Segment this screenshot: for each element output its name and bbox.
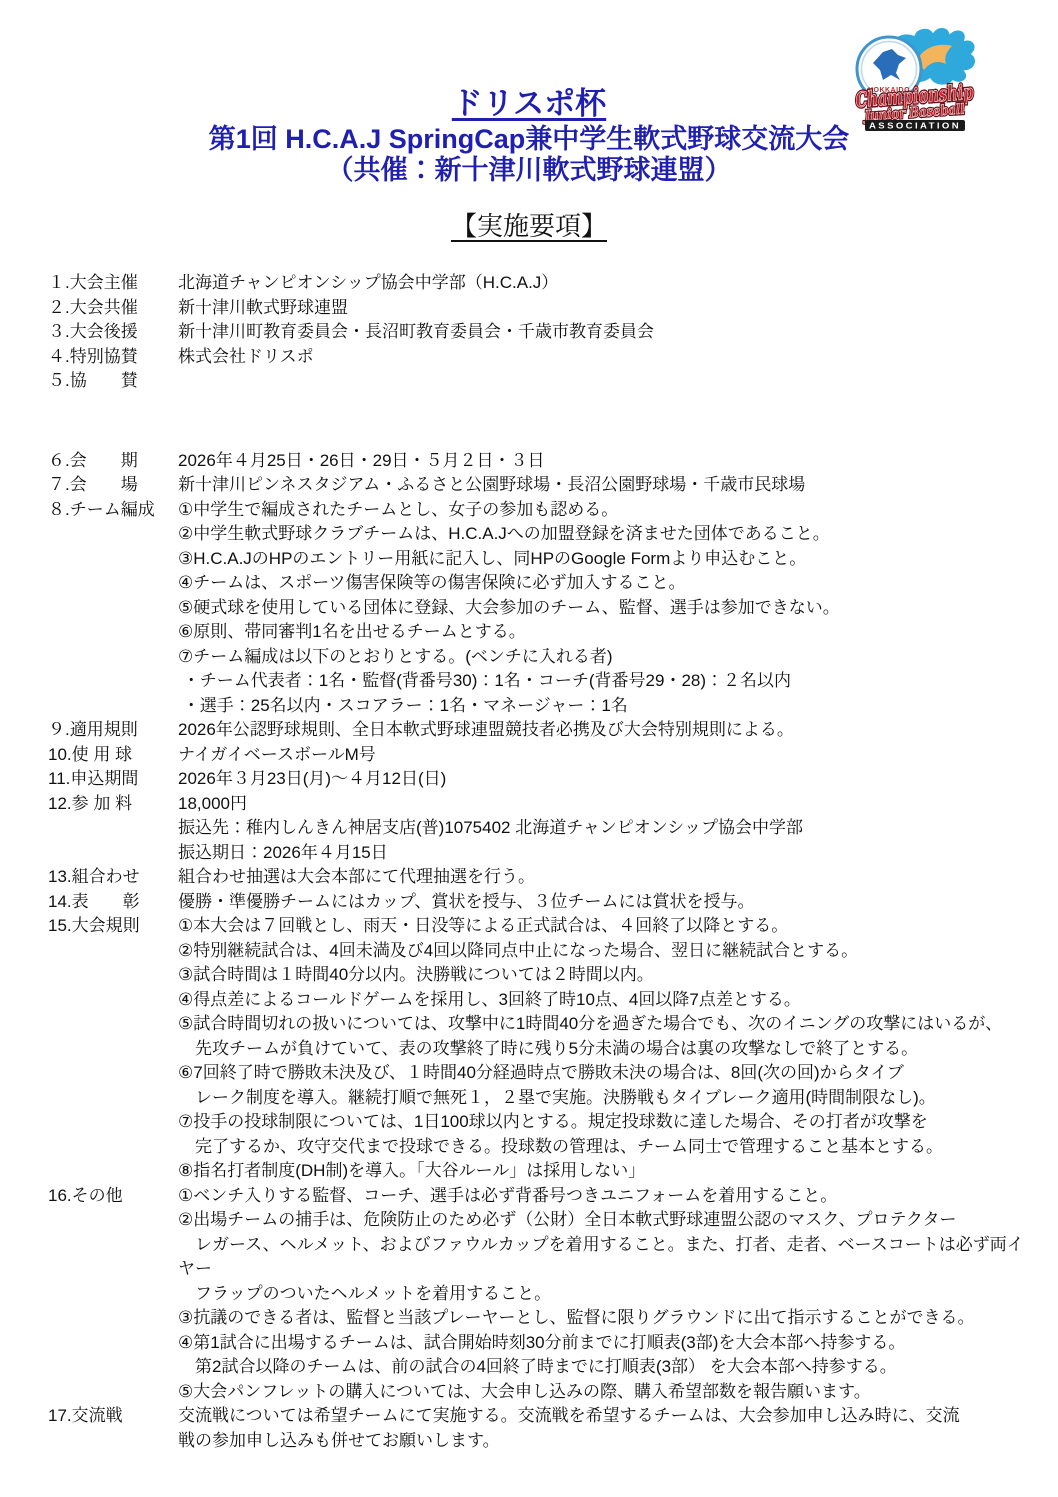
cohost-line: （共催：新十津川軟式野球連盟） bbox=[0, 155, 1058, 185]
requirement-item: ４.特別協賛株式会社ドリスポ bbox=[48, 345, 1040, 370]
item-label: 17.交流戦 bbox=[48, 1404, 178, 1453]
item-line: ⑥7回終了時で勝敗未決及び、１時間40分経過時点で勝敗未決の場合は、8回(次の回… bbox=[178, 1061, 1040, 1086]
item-line: 新十津川ピンネスタジアム・ふるさと公園野球場・長沼公園野球場・千歳市民球場 bbox=[178, 473, 1040, 498]
item-line: ④得点差によるコールドゲームを採用し、3回終了時10点、4回以降7点差とする。 bbox=[178, 988, 1040, 1013]
item-label: 12.参 加 料 bbox=[48, 792, 178, 866]
item-line: 株式会社ドリスポ bbox=[178, 345, 1040, 370]
item-label: 13.組合わせ bbox=[48, 865, 178, 890]
item-line: ①本大会は７回戦とし、雨天・日没等による正式試合は、４回終了以降とする。 bbox=[178, 914, 1040, 939]
item-line: ⑦チーム編成は以下のとおりとする。(ベンチに入れる者) bbox=[178, 645, 1040, 670]
item-content: 2026年公認野球規則、全日本軟式野球連盟競技者必携及び大会特別規則による。 bbox=[178, 718, 1040, 743]
item-line: ・選手：25名以内・スコアラー：1名・マネージャー：1名 bbox=[178, 694, 1040, 719]
item-line: ①中学生で編成されたチームとし、女子の参加も認める。 bbox=[178, 498, 1040, 523]
item-line: 新十津川町教育委員会・長沼町教育委員会・千歳市教育委員会 bbox=[178, 320, 1040, 345]
item-line: ①ベンチ入りする監督、コーチ、選手は必ず背番号つきユニフォームを着用すること。 bbox=[178, 1184, 1040, 1209]
item-label: ３.大会後援 bbox=[48, 320, 178, 345]
requirement-item: 17.交流戦交流戦については希望チームにて実施する。交流戦を希望するチームは、大… bbox=[48, 1404, 1040, 1453]
item-line: ⑧指名打者制度(DH制)を導入。「大谷ルール」は採用しない」 bbox=[178, 1159, 1040, 1184]
requirement-item: １.大会主催北海道チャンピオンシップ協会中学部（H.C.A.J） bbox=[48, 271, 1040, 296]
item-line: ・チーム代表者：1名・監督(背番号30)：1名・コーチ(背番号29・28)：２名… bbox=[178, 669, 1040, 694]
item-label: 16.その他 bbox=[48, 1184, 178, 1405]
item-line: ③H.C.A.JのHPのエントリー用紙に記入し、同HPのGoogle Formよ… bbox=[178, 547, 1040, 572]
item-line: 振込期日：2026年４月15日 bbox=[178, 841, 1040, 866]
requirement-item: 13.組合わせ組合わせ抽選は大会本部にて代理抽選を行う。 bbox=[48, 865, 1040, 890]
requirement-item: 12.参 加 料18,000円振込先：稚内しんきん神居支店(普)1075402 … bbox=[48, 792, 1040, 866]
item-line: ③抗議のできる者は、監督と当該プレーヤーとし、監督に限りグラウンドに出て指示する… bbox=[178, 1306, 1040, 1331]
association-logo-graphic: HOKKAIDO Championship Championship Junio… bbox=[852, 24, 979, 131]
item-line: ⑥原則、帯同審判1名を出せるチームとする。 bbox=[178, 620, 1040, 645]
item-line: 2026年公認野球規則、全日本軟式野球連盟競技者必携及び大会特別規則による。 bbox=[178, 718, 1040, 743]
item-line: 戦の参加申し込みも併せてお願いします。 bbox=[178, 1429, 1040, 1454]
requirement-item: ６.会 期2026年４月25日・26日・29日・５月２日・３日 bbox=[48, 449, 1040, 474]
item-content: 新十津川ピンネスタジアム・ふるさと公園野球場・長沼公園野球場・千歳市民球場 bbox=[178, 473, 1040, 498]
item-line: ⑤大会パンフレットの購入については、大会申し込みの際、購入希望部数を報告願います… bbox=[178, 1380, 1040, 1405]
item-label: ６.会 期 bbox=[48, 449, 178, 474]
item-label: 10.使 用 球 bbox=[48, 743, 178, 768]
section-heading-text: 【実施要項】 bbox=[451, 211, 607, 241]
item-line: 新十津川軟式野球連盟 bbox=[178, 296, 1040, 321]
item-label: ９.適用規則 bbox=[48, 718, 178, 743]
item-line: ④チームは、スポーツ傷害保険等の傷害保険に必ず加入すること。 bbox=[178, 571, 1040, 596]
requirement-item: 16.その他①ベンチ入りする監督、コーチ、選手は必ず背番号つきユニフォームを着用… bbox=[48, 1184, 1040, 1405]
requirement-item: 15.大会規則①本大会は７回戦とし、雨天・日没等による正式試合は、４回終了以降と… bbox=[48, 914, 1040, 1184]
item-label: 14.表 彰 bbox=[48, 890, 178, 915]
item-line: レーク制度を導入。継続打順で無死１，２塁で実施。決勝戦もタイブレーク適用(時間制… bbox=[178, 1086, 1040, 1111]
item-content: 18,000円振込先：稚内しんきん神居支店(普)1075402 北海道チャンピオ… bbox=[178, 792, 1040, 866]
requirement-item: ２.大会共催新十津川軟式野球連盟 bbox=[48, 296, 1040, 321]
document-page: HOKKAIDO Championship Championship Junio… bbox=[0, 0, 1058, 1497]
item-line: ナイガイベースボールM号 bbox=[178, 743, 1040, 768]
item-line: レガース、ヘルメット、およびファウルカップを着用すること。また、打者、走者、ベー… bbox=[178, 1233, 1040, 1282]
item-line: ②中学生軟式野球クラブチームは、H.C.A.Jへの加盟登録を済ませた団体であるこ… bbox=[178, 522, 1040, 547]
requirement-item: ９.適用規則2026年公認野球規則、全日本軟式野球連盟競技者必携及び大会特別規則… bbox=[48, 718, 1040, 743]
item-content: 北海道チャンピオンシップ協会中学部（H.C.A.J） bbox=[178, 271, 1040, 296]
item-content: 新十津川軟式野球連盟 bbox=[178, 296, 1040, 321]
item-line: ⑦投手の投球制限については、1日100球以内とする。規定投球数に達した場合、その… bbox=[178, 1110, 1040, 1135]
item-content: ①ベンチ入りする監督、コーチ、選手は必ず背番号つきユニフォームを着用すること。②… bbox=[178, 1184, 1040, 1405]
logo-association-text: ASSOCIATION bbox=[869, 122, 961, 131]
item-label: ８.チーム編成 bbox=[48, 498, 178, 719]
item-content: 優勝・準優勝チームにはカップ、賞状を授与、３位チームには賞状を授与。 bbox=[178, 890, 1040, 915]
association-logo: HOKKAIDO Championship Championship Junio… bbox=[852, 24, 979, 131]
item-line bbox=[178, 369, 1040, 394]
item-content: ①中学生で編成されたチームとし、女子の参加も認める。②中学生軟式野球クラブチーム… bbox=[178, 498, 1040, 719]
item-label: １.大会主催 bbox=[48, 271, 178, 296]
item-label: ５.協 賛 bbox=[48, 369, 178, 394]
requirement-item: 10.使 用 球ナイガイベースボールM号 bbox=[48, 743, 1040, 768]
item-line: 組合わせ抽選は大会本部にて代理抽選を行う。 bbox=[178, 865, 1040, 890]
item-line: 先攻チームが負けていて、表の攻撃終了時に残り5分未満の場合は裏の攻撃なしで終了と… bbox=[178, 1037, 1040, 1062]
item-label: ４.特別協賛 bbox=[48, 345, 178, 370]
item-line: ③試合時間は１時間40分以内。決勝戦については２時間以内。 bbox=[178, 963, 1040, 988]
tournament-title-text: ドリスポ杯 bbox=[452, 86, 606, 121]
item-label: 15.大会規則 bbox=[48, 914, 178, 1184]
item-line: 2026年４月25日・26日・29日・５月２日・３日 bbox=[178, 449, 1040, 474]
item-line: 交流戦については希望チームにて実施する。交流戦を希望するチームは、大会参加申し込… bbox=[178, 1404, 1040, 1429]
item-line: ⑤試合時間切れの扱いについては、攻撃中に1時間40分を過ぎた場合でも、次のイニン… bbox=[178, 1012, 1040, 1037]
item-line: 優勝・準優勝チームにはカップ、賞状を授与、３位チームには賞状を授与。 bbox=[178, 890, 1040, 915]
item-line: ②出場チームの捕手は、危険防止のため必ず（公財）全日本軟式野球連盟公認のマスク、… bbox=[178, 1208, 1040, 1233]
requirement-item: ８.チーム編成①中学生で編成されたチームとし、女子の参加も認める。②中学生軟式野… bbox=[48, 498, 1040, 719]
item-line: 2026年３月23日(月)～４月12日(日) bbox=[178, 767, 1040, 792]
item-content: 株式会社ドリスポ bbox=[178, 345, 1040, 370]
item-line: ④第1試合に出場するチームは、試合開始時刻30分前までに打順表(3部)を大会本部… bbox=[178, 1331, 1040, 1356]
requirement-item: 14.表 彰優勝・準優勝チームにはカップ、賞状を授与、３位チームには賞状を授与。 bbox=[48, 890, 1040, 915]
item-line: ②特別継続試合は、4回未満及び4回以降同点中止になった場合、翌日に継続試合とする… bbox=[178, 939, 1040, 964]
item-content: ナイガイベースボールM号 bbox=[178, 743, 1040, 768]
item-line: 北海道チャンピオンシップ協会中学部（H.C.A.J） bbox=[178, 271, 1040, 296]
requirements-list: １.大会主催北海道チャンピオンシップ協会中学部（H.C.A.J）２.大会共催新十… bbox=[0, 271, 1058, 1453]
item-line: フラップのついたヘルメットを着用すること。 bbox=[178, 1282, 1040, 1307]
requirement-item: ５.協 賛 bbox=[48, 369, 1040, 394]
requirement-item: ３.大会後援新十津川町教育委員会・長沼町教育委員会・千歳市教育委員会 bbox=[48, 320, 1040, 345]
requirement-item: ７.会 場新十津川ピンネスタジアム・ふるさと公園野球場・長沼公園野球場・千歳市民… bbox=[48, 473, 1040, 498]
item-line: 完了するか、攻守交代まで投球できる。投球数の管理は、チーム同士で管理すること基本… bbox=[178, 1135, 1040, 1160]
item-content bbox=[178, 369, 1040, 394]
item-content: 交流戦については希望チームにて実施する。交流戦を希望するチームは、大会参加申し込… bbox=[178, 1404, 1040, 1453]
item-line: 第2試合以降のチームは、前の試合の4回終了時までに打順表(3部） を大会本部へ持… bbox=[178, 1355, 1040, 1380]
item-line: 18,000円 bbox=[178, 792, 1040, 817]
item-line: ⑤硬式球を使用している団体に登録、大会参加のチーム、監督、選手は参加できない。 bbox=[178, 596, 1040, 621]
item-label: ７.会 場 bbox=[48, 473, 178, 498]
item-content: ①本大会は７回戦とし、雨天・日没等による正式試合は、４回終了以降とする。②特別継… bbox=[178, 914, 1040, 1184]
item-content: 新十津川町教育委員会・長沼町教育委員会・千歳市教育委員会 bbox=[178, 320, 1040, 345]
section-heading: 【実施要項】 bbox=[0, 209, 1058, 243]
item-label: ２.大会共催 bbox=[48, 296, 178, 321]
item-content: 2026年３月23日(月)～４月12日(日) bbox=[178, 767, 1040, 792]
item-label: 11.申込期間 bbox=[48, 767, 178, 792]
item-content: 組合わせ抽選は大会本部にて代理抽選を行う。 bbox=[178, 865, 1040, 890]
item-content: 2026年４月25日・26日・29日・５月２日・３日 bbox=[178, 449, 1040, 474]
item-line: 振込先：稚内しんきん神居支店(普)1075402 北海道チャンピオンシップ協会中… bbox=[178, 816, 1040, 841]
requirement-item: 11.申込期間2026年３月23日(月)～４月12日(日) bbox=[48, 767, 1040, 792]
